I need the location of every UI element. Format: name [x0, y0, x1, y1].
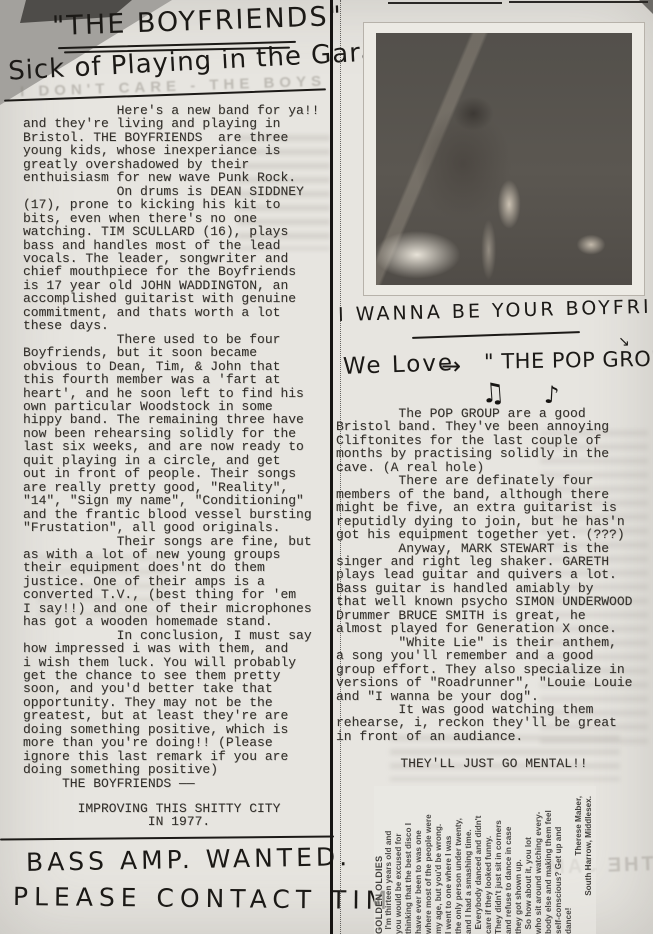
- band-photo-frame: [363, 22, 645, 296]
- pop-group-title: " THE POP GROUP ': [484, 346, 653, 374]
- rotated-newspaper-clipping: GOLDEN OLDIES I'm thirteen years old and…: [374, 786, 596, 932]
- top-dashed-rule-2: [509, 1, 648, 3]
- boyfriends-article-text: Here's a new band for ya!! and they're l…: [23, 104, 335, 790]
- accent-arrow: ↘: [618, 334, 630, 350]
- column-divider-line: [330, 0, 333, 934]
- zine-page: I DON'T CARE - THE BOYS THE JAM "THE BOY…: [0, 0, 653, 934]
- music-note-icon: ♫: [480, 377, 506, 410]
- heading-underline: [412, 331, 580, 339]
- hand-drawn-rule: [0, 836, 334, 841]
- wanna-be-your-boyfriend-heading: I WANNA BE YOUR BOYFRIEND !: [338, 294, 653, 326]
- contact-tim-ad: PLEASE CONTACT TIM: [13, 882, 394, 915]
- clipping-headline: GOLDEN OLDIES: [374, 786, 384, 934]
- top-dashed-rule: [388, 2, 502, 4]
- we-love-label: We Love: [343, 350, 455, 380]
- article-closing-line: THEY'LL JUST GO MENTAL!!: [336, 757, 652, 770]
- band-photo: [376, 33, 632, 285]
- bass-amp-wanted-ad: BASS AMP. WANTED.: [26, 842, 352, 877]
- clipping-body-text: I'm thirteen years old and you would be …: [384, 786, 574, 934]
- clipping-signature: Therese Maber, South Harrow, Middlesex.: [574, 786, 594, 934]
- pop-group-article-text: The POP GROUP are a good Bristol band. T…: [336, 407, 652, 743]
- article-closing-lines: IMPROVING THIS SHITTY CITY IN 1977.: [23, 802, 335, 829]
- arrow-glyph: →: [441, 352, 461, 380]
